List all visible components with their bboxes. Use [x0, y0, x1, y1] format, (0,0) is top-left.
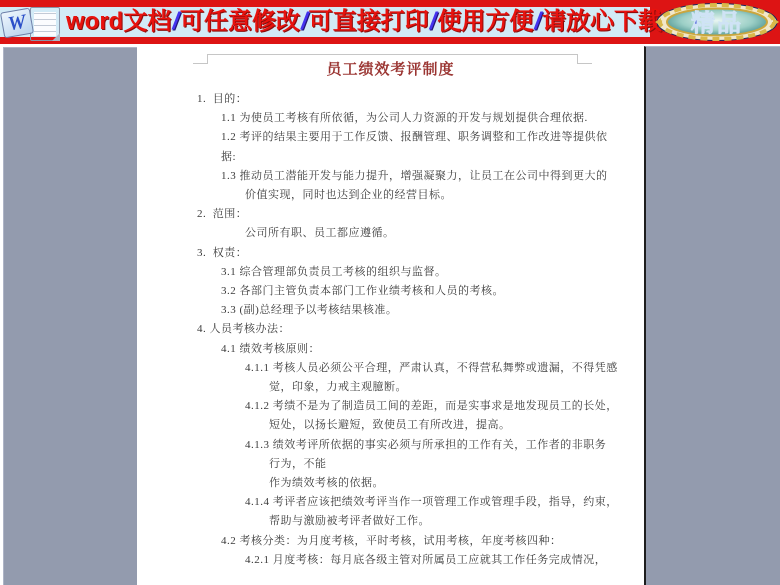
workspace-left-panel — [3, 47, 137, 585]
doc-line: 4.1.2 考绩不是为了制造员工间的差距，而是实事求是地发现员工的长处， — [245, 397, 644, 416]
banner-slogan: word文档/可任意修改/可直接打印/使用方便/请放心下载 — [66, 7, 662, 37]
doc-line: 据: — [221, 148, 644, 167]
word-document-icon: W — [2, 4, 64, 42]
doc-line: 3.3 (副)总经理予以考核结果核准。 — [221, 301, 644, 320]
doc-line: 4.1.1 考核人员必须公平合理，严肃认真，不得营私舞弊或遗漏，不得凭感 — [245, 359, 644, 378]
doc-line: 4.2 考核分类：为月度考核，平时考核，试用考核，年度考核四种： — [221, 532, 644, 551]
document-body: 1. 目的： 1.1 为使员工考核有所依循，为公司人力资源的开发与规划提供合理依… — [137, 90, 644, 570]
banner-segment: 请放心下载 — [542, 8, 662, 35]
doc-line: 1.1 为使员工考核有所依循，为公司人力资源的开发与规划提供合理依据. — [221, 109, 644, 128]
slash-separator: / — [171, 8, 180, 35]
page-fold-corner-icon — [52, 33, 60, 41]
banner-segment: 使用方便 — [437, 8, 533, 35]
doc-line: 4.1.3 绩效考评所依据的事实必须与所承担的工作有关，工作者的非职务 — [245, 436, 644, 455]
banner-segment: word文档 — [66, 8, 171, 35]
workspace-right-panel — [644, 46, 780, 585]
doc-line: 行为，不能 — [269, 455, 644, 474]
slash-separator: / — [300, 8, 309, 35]
doc-line: 2. 范围： — [197, 205, 644, 224]
doc-line: 1.2 考评的结果主要用于工作反馈、报酬管理、职务调整和工作改进等提供依 — [221, 128, 644, 147]
word-logo-icon: W — [0, 8, 34, 39]
doc-line: 价值实现，同时也达到企业的经营目标。 — [245, 186, 644, 205]
document-title: 员工绩效考评制度 — [137, 58, 644, 79]
document-page: 员工绩效考评制度 1. 目的： 1.1 为使员工考核有所依循，为公司人力资源的开… — [137, 44, 644, 585]
doc-line: 4. 人员考核办法： — [197, 320, 644, 339]
screen: W word文档/可任意修改/可直接打印/使用方便/请放心下载 精 — [0, 0, 780, 585]
doc-line: 觉，印象，力戒主观臆断。 — [269, 378, 644, 397]
banner-segment: 可任意修改 — [180, 8, 300, 35]
doc-line: 1. 目的： — [197, 90, 644, 109]
doc-line: 帮助与激励被考评者做好工作。 — [269, 512, 644, 531]
promo-banner: W word文档/可任意修改/可直接打印/使用方便/请放心下载 精 — [0, 0, 780, 44]
doc-line: 1.3 推动员工潜能开发与能力提升，增强凝聚力，让员工在公司中得到更大的 — [221, 167, 644, 186]
doc-line: 公司所有职、员工都应遵循。 — [245, 224, 644, 243]
doc-line: 3. 权责： — [197, 244, 644, 263]
document-page-icon — [30, 7, 60, 41]
premium-badge-label: 精品 — [691, 10, 743, 37]
doc-line: 作为绩效考核的依据。 — [269, 474, 644, 493]
doc-line: 3.2 各部门主管负责本部门工作业绩考核和人员的考核。 — [221, 282, 644, 301]
doc-line: 4.1.4 考评者应该把绩效考评当作一项管理工作或管理手段，指导，约束， — [245, 493, 644, 512]
banner-segment: 可直接打印 — [309, 8, 429, 35]
doc-line: 3.1 综合管理部负责员工考核的组织与监督。 — [221, 263, 644, 282]
text-boundary-line — [207, 54, 577, 55]
doc-line: 4.2.1 月度考核：每月底各级主管对所属员工应就其工作任务完成情况， — [245, 551, 644, 570]
doc-line: 短处，以扬长避短，致使员工有所改进，提高。 — [269, 416, 644, 435]
doc-line: 4.1 绩效考核原则： — [221, 340, 644, 359]
premium-badge: 精品 — [655, 2, 779, 42]
slash-separator: / — [533, 8, 542, 35]
